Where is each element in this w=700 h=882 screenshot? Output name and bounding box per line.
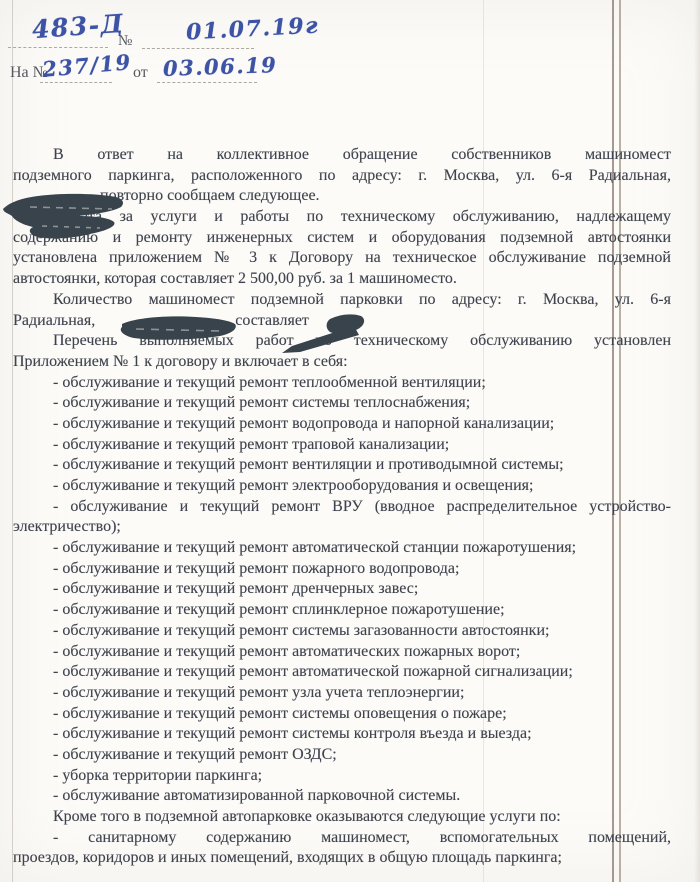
redacted-gap (95, 323, 235, 325)
text-segment: - обслуживание и текущий ремонт автомати… (53, 663, 573, 680)
text-segment: - обслуживание и текущий ремонт системы … (53, 622, 549, 639)
text-line: - обслуживание и текущий ремонт системы … (13, 621, 671, 642)
reply-to-number-handwritten: 237/19 (41, 49, 133, 82)
text-segment: - обслуживание и текущий ремонт траповой… (53, 436, 449, 453)
text-segment: Оплата за услуги и работы по техническом… (53, 208, 671, 225)
text-segment: - обслуживание и текущий ремонт электроо… (53, 477, 533, 494)
text-line: - обслуживание и текущий ремонт ВРУ (вво… (13, 497, 671, 518)
text-line: - обслуживание и текущий ремонт системы … (13, 393, 671, 414)
text-segment: установлена приложением № 3 к Договору н… (13, 249, 671, 266)
blank-line (40, 81, 112, 83)
text-segment: проездов, коридоров и иных помещений, вх… (13, 849, 562, 866)
text-segment: - обслуживание и текущий ремонт системы … (53, 394, 470, 411)
text-segment: - обслуживание и текущий ремонт пожарног… (53, 560, 459, 577)
text-line: - обслуживание и текущий ремонт ОЗДС; (13, 745, 671, 766)
text-line: - обслуживание и текущий ремонт водопров… (13, 414, 671, 435)
text-segment: - обслуживание автоматизированной парков… (53, 787, 460, 804)
reply-to-date-handwritten: 03.06.19 (163, 52, 278, 81)
text-line: В ответ на коллективное обращение собств… (13, 145, 671, 166)
text-segment: - обслуживание и текущий ремонт системы … (53, 725, 532, 742)
letter-body: В ответ на коллективное обращение собств… (13, 145, 671, 869)
text-line: содержанию и ремонту инженерных систем и… (13, 228, 671, 249)
text-line: Кроме того в подземной автопарковке оказ… (13, 807, 671, 828)
text-segment: - обслуживание и текущий ремонт автомати… (53, 539, 576, 556)
date-label: от (133, 64, 148, 82)
blank-line (157, 81, 257, 83)
text-segment: - обслуживание и текущий ремонт ВРУ (вво… (53, 498, 671, 515)
text-line: электричество); (13, 517, 671, 538)
text-line: Радиальная,составляет (13, 311, 671, 332)
text-line: - обслуживание и текущий ремонт узла уче… (13, 683, 671, 704)
blank-line (8, 46, 108, 48)
text-segment: содержанию и ремонту инженерных систем и… (13, 229, 671, 246)
text-line: автостоянки, которая составляет 2 500,00… (13, 269, 671, 290)
text-segment: Радиальная, (13, 312, 95, 329)
text-segment: Количество машиномест подземной парковки… (53, 291, 671, 308)
text-line: - обслуживание и текущий ремонт теплообм… (13, 373, 671, 394)
text-segment: - уборка территории паркинга; (53, 767, 262, 784)
number-label: № (118, 33, 132, 50)
text-line: - обслуживание и текущий ремонт траповой… (13, 435, 671, 456)
text-segment: Перечень выполняемых работ по техническо… (53, 332, 671, 349)
text-line: - обслуживание и текущий ремонт автомати… (13, 538, 671, 559)
text-line: - обслуживание и текущий ремонт системы … (13, 704, 671, 725)
text-segment: - обслуживание и текущий ремонт системы … (53, 705, 507, 722)
text-segment: повторно сообщаем следующее. (100, 187, 320, 204)
text-line: Перечень выполняемых работ по техническо… (13, 331, 671, 352)
text-line: - обслуживание и текущий ремонт автомати… (13, 662, 671, 683)
text-segment: - обслуживание и текущий ремонт водопров… (53, 415, 554, 432)
letter-header: 483-Д № 01.07.19г На № 237/19 от 03.06.1… (0, 0, 700, 140)
text-line: подземного паркинга, расположенного по а… (13, 166, 671, 187)
scanned-letter-page: 483-Д № 01.07.19г На № 237/19 от 03.06.1… (0, 0, 700, 882)
text-line: - обслуживание и текущий ремонт сплинкле… (13, 600, 671, 621)
text-line: - санитарному содержанию машиномест, всп… (13, 828, 671, 849)
text-segment: электричество); (13, 518, 121, 535)
text-segment: - санитарному содержанию машиномест, всп… (53, 829, 671, 846)
text-line: - обслуживание и текущий ремонт автомати… (13, 642, 671, 663)
text-line: - обслуживание и текущий ремонт электроо… (13, 476, 671, 497)
text-segment: автостоянки, которая составляет 2 500,00… (13, 270, 457, 287)
text-line: - обслуживание и текущий ремонт вентиляц… (13, 455, 671, 476)
text-line: - обслуживание автоматизированной парков… (13, 786, 671, 807)
outgoing-number-handwritten: 483-Д (31, 9, 125, 44)
text-segment: Приложением № 1 к договору и включает в … (13, 353, 348, 370)
text-segment: В ответ на коллективное обращение собств… (53, 146, 671, 163)
text-line: установлена приложением № 3 к Договору н… (13, 248, 671, 269)
text-line: - обслуживание и текущий ремонт системы … (13, 724, 671, 745)
outgoing-date-handwritten: 01.07.19г (185, 13, 319, 46)
text-line: - уборка территории паркинга; (13, 766, 671, 787)
text-line: - обслуживание и текущий ремонт пожарног… (13, 559, 671, 580)
text-line: Приложением № 1 к договору и включает в … (13, 352, 671, 373)
text-segment: Кроме того в подземной автопарковке оказ… (53, 808, 561, 825)
text-segment: - обслуживание и текущий ремонт дренчерн… (53, 580, 418, 597)
text-segment: - обслуживание и текущий ремонт теплообм… (53, 374, 486, 391)
text-segment: - обслуживание и текущий ремонт ОЗДС; (53, 746, 337, 763)
text-segment: - обслуживание и текущий ремонт вентиляц… (53, 456, 564, 473)
text-segment: - обслуживание и текущий ремонт автомати… (53, 643, 520, 660)
text-segment: - обслуживание и текущий ремонт узла уче… (53, 684, 464, 701)
text-line: проездов, коридоров и иных помещений, вх… (13, 848, 671, 869)
text-line: - обслуживание и текущий ремонт дренчерн… (13, 579, 671, 600)
text-segment: подземного паркинга, расположенного по а… (13, 167, 671, 184)
text-line: Количество машиномест подземной парковки… (13, 290, 671, 311)
text-line: повторно сообщаем следующее. (13, 186, 671, 207)
blank-line (142, 47, 254, 49)
text-line: Оплата за услуги и работы по техническом… (13, 207, 671, 228)
text-segment: - обслуживание и текущий ремонт сплинкле… (53, 601, 505, 618)
text-segment: составляет (235, 312, 309, 329)
